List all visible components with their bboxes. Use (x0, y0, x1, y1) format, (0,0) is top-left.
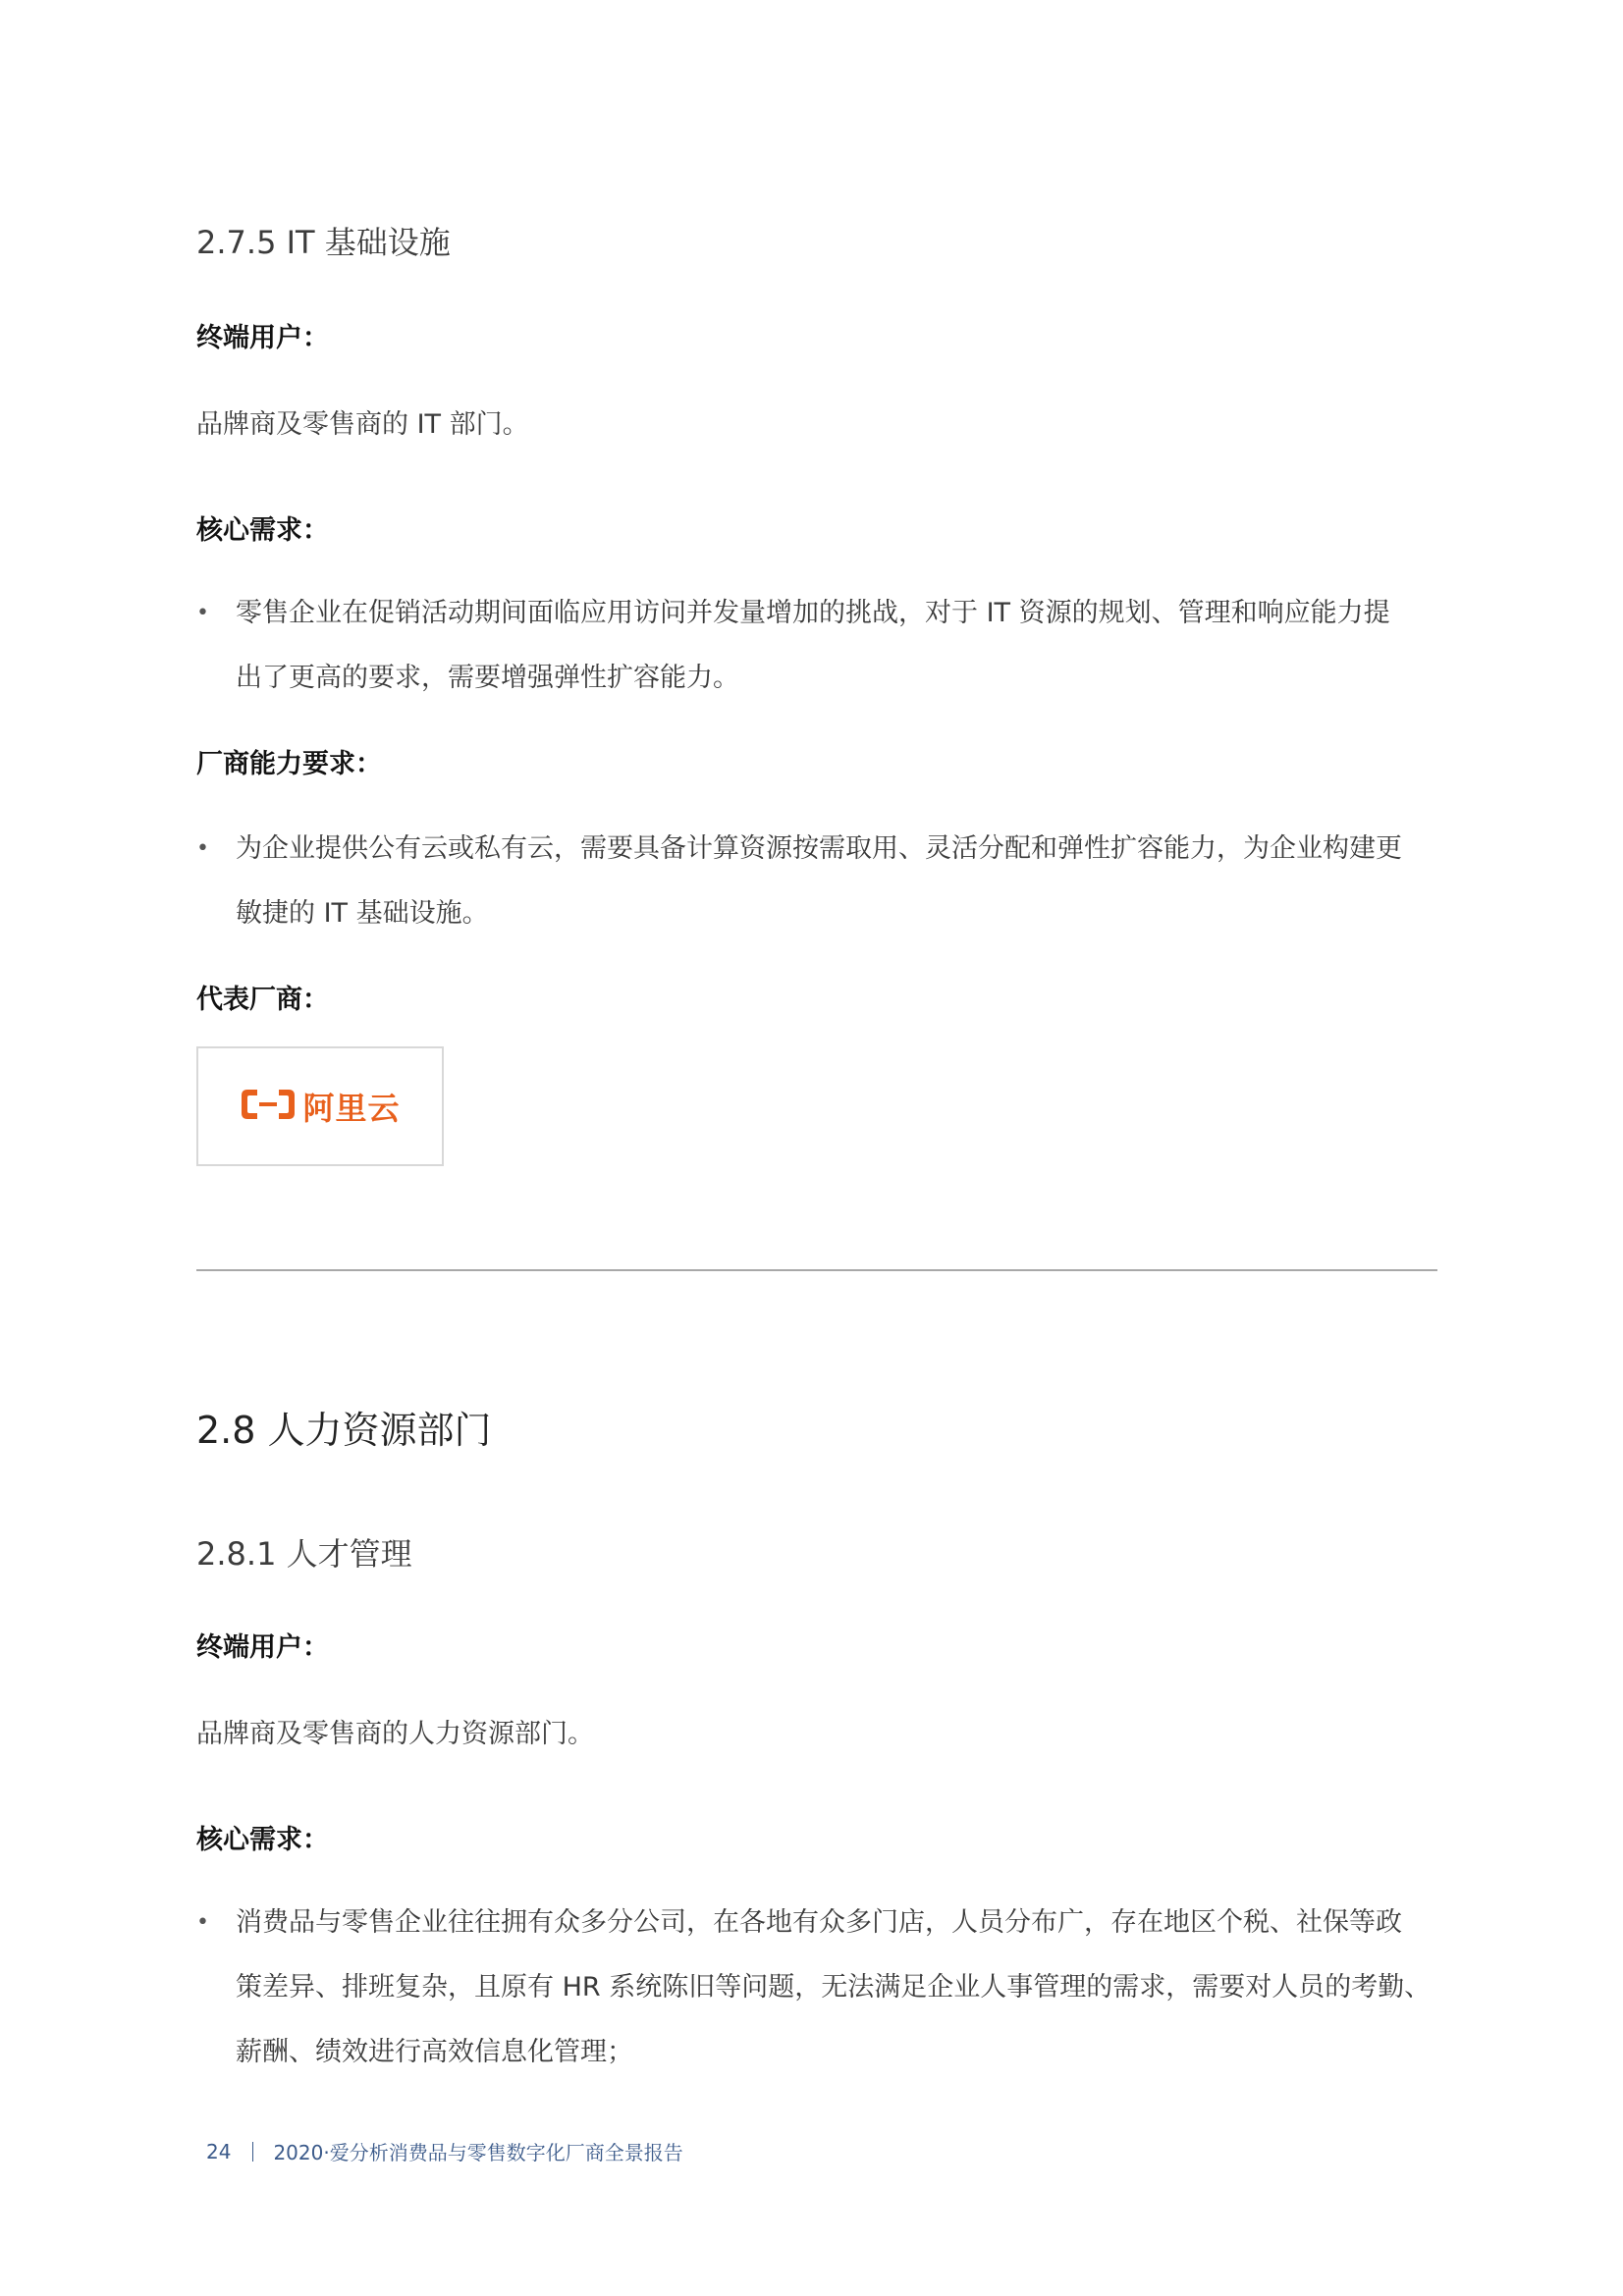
core-needs-label: 核心需求： (196, 508, 329, 547)
footer-separator (252, 2142, 253, 2162)
report-title: 2020·爱分析消费品与零售数字化厂商全景报告 (273, 2137, 682, 2165)
end-user-text: 品牌商及零售商的 IT 部门。 (196, 402, 529, 441)
bullet-text: 消费品与零售企业往往拥有众多分公司，在各地有众多门店，人员分布广，存在地区个税、… (236, 1891, 1443, 2085)
bullet-icon: • (196, 1891, 209, 1955)
page-footer: 24 2020·爱分析消费品与零售数字化厂商全景报告 (206, 2137, 683, 2165)
page-number: 24 (206, 2140, 231, 2163)
section-heading-2-8-1: 2.8.1 人才管理 (196, 1529, 412, 1575)
vendor-logo-aliyun: 阿里云 (196, 1046, 444, 1166)
section-heading-2-7-5: 2.7.5 IT 基础设施 (196, 218, 451, 263)
end-user-text: 品牌商及零售商的人力资源部门。 (196, 1712, 594, 1750)
bullet-icon: • (196, 817, 209, 881)
end-user-label: 终端用户： (196, 316, 329, 354)
core-needs-label: 核心需求： (196, 1818, 329, 1856)
bullet-text: 零售企业在促销活动期间面临应用访问并发量增加的挑战，对于 IT 资源的规划、管理… (236, 581, 1443, 711)
end-user-label: 终端用户： (196, 1626, 329, 1664)
representative-vendor-label: 代表厂商： (196, 978, 329, 1016)
aliyun-logo-icon (240, 1088, 297, 1125)
vendor-requirements-label: 厂商能力要求： (196, 742, 382, 780)
section-divider (196, 1269, 1437, 1271)
vendor-logo-text: 阿里云 (302, 1084, 400, 1129)
section-heading-2-8: 2.8 人力资源部门 (196, 1400, 492, 1454)
bullet-icon: • (196, 581, 209, 646)
bullet-text: 为企业提供公有云或私有云，需要具备计算资源按需取用、灵活分配和弹性扩容能力，为企… (236, 817, 1443, 946)
